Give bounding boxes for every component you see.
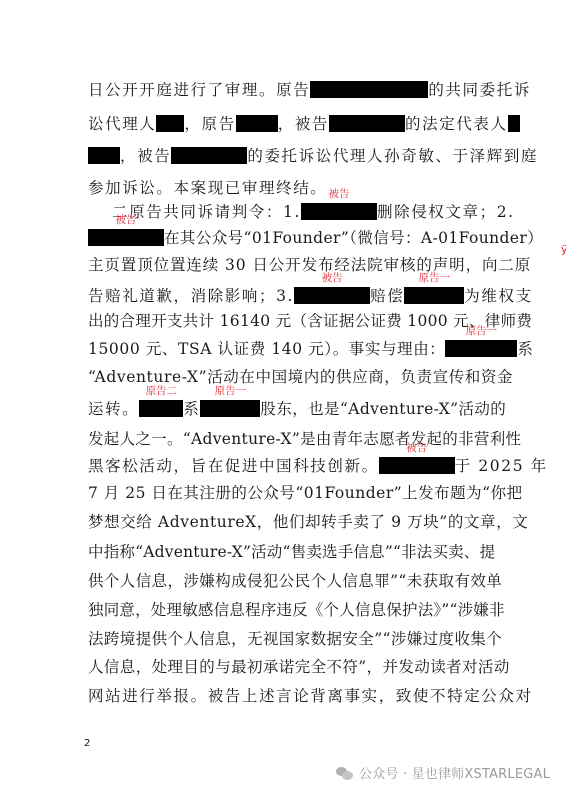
redaction-block: 原告二 [139,400,183,417]
redaction-label: 原告一 [215,385,247,397]
text-line: 供个人信息，涉嫌构成侵犯公民个人信息罪”“未获取有效单 [88,570,488,592]
text: 删除侵权文章；2. [377,203,515,221]
text-line: 梦想交给 AdventureX，他们却转手卖了 9 万块”的文章，文 [88,511,488,533]
text: 的委托诉讼代理人孙奇敏、于泽辉到庭 [247,147,538,165]
redaction-label: 原告二 [146,385,178,397]
redaction-block [310,81,428,98]
redaction-block [171,147,247,164]
text: 为维权支 [464,287,532,305]
text: 二原告共同诉请判令：1. [112,203,301,221]
redaction-block [88,147,120,164]
redaction-block: 被告 [294,287,370,304]
text-line: 参加诉讼。本案现已审理终结。 [88,177,488,199]
text-line: 出的合理开支共计 16140 元（含证据公证费 1000 元、律师费 [88,310,488,332]
redaction-block: 被告 [301,203,377,220]
text: 系 [183,400,200,418]
redaction-block [508,115,520,132]
redaction-block: 原告一 [445,340,517,357]
text-line: 发起人之一。“Adventure-X”是由青年志愿者发起的非营利性 [88,428,488,450]
text: 告赔礼道歉，消除影响；3. [88,287,294,305]
text: 运转。 [88,400,139,418]
text: 独同意，处理敏感信息程序违反《个人信息保护法》”“涉嫌非 [88,601,505,619]
text-line: 15000 元、TSA 认证费 140 元）。事实与理由：原告一系 [88,338,488,360]
page-number: 2 [84,738,90,749]
text-line: 二原告共同诉请判令：1.被告删除侵权文章；2. [112,201,512,223]
text-line: 日公开开庭进行了审理。原告的共同委托诉 [88,79,488,101]
redaction-block: 原告一 [200,400,260,417]
redaction-block: 被告 [88,229,164,246]
redaction-label: 原告一 [419,272,451,284]
text: 参加诉讼。本案现已审理终结。 [88,179,327,197]
redaction-label: 被告 [116,214,137,226]
text-line: 中指称“Adventure-X”活动“售卖选手信息”“非法买卖、提 [88,541,488,563]
redaction-label: 被告 [322,272,343,284]
text: ，被告 [278,115,329,133]
text: 梦想交给 AdventureX，他们却转手卖了 9 万块”的文章，文 [88,513,528,531]
text: 7 月 25 日在其注册的公众号“01Founder”上发布题为“你把 [88,484,523,502]
redaction-block: 原告一 [404,287,464,304]
redaction-block [329,115,405,132]
text: 供个人信息，涉嫌构成侵犯公民个人信息罪”“未获取有效单 [88,572,502,590]
text: 中指称“Adventure-X”活动“售卖选手信息”“非法买卖、提 [88,543,495,561]
text: ，原告 [184,115,235,133]
text: 的共同委托诉 [428,81,531,99]
edge-annotation-mark: ÿ [561,243,566,256]
text: 网站进行举报。被告上述言论背离事实，致使不特定公众对 [88,687,533,705]
text: 日公开开庭进行了审理。原告 [88,81,310,99]
redaction-block [156,115,184,132]
text: 于 2025 年 [455,457,548,475]
wechat-icon [336,766,354,780]
redaction-label: 原告一 [466,325,498,337]
text-line: 被告在其公众号“01Founder”（微信号：A-01Founder） [88,227,488,249]
watermark-text: 公众号 · 星也律师XSTARLEGAL [359,763,550,782]
text: 黑客松活动，旨在促进中国科技创新。 [88,457,379,475]
text: “Adventure-X”活动在中国境内的供应商，负责宣传和资金 [88,368,513,386]
document-page: 日公开开庭进行了审理。原告的共同委托诉 讼代理人，原告，被告的法定代表人 ，被告… [0,0,566,800]
text-line: 独同意，处理敏感信息程序违反《个人信息保护法》”“涉嫌非 [88,599,488,621]
text: 的法定代表人 [405,115,508,133]
watermark: 公众号 · 星也律师XSTARLEGAL [336,763,550,782]
text-line: ，被告的委托诉讼代理人孙奇敏、于泽辉到庭 [88,145,488,167]
text: 发起人之一。“Adventure-X”是由青年志愿者发起的非营利性 [88,430,521,448]
text: ，被告 [120,147,171,165]
text: 主页置顶位置连续 30 日公开发布经法院审核的声明，向二原 [88,256,531,274]
text-line: 人信息，处理目的与最初承诺完全不符”，并发动读者对活动 [88,656,488,678]
text: 在其公众号“01Founder”（微信号：A-01Founder） [164,229,543,247]
text: 15000 元、TSA 认证费 140 元）。事实与理由： [88,340,445,358]
text: 法跨境提供个人信息，无视国家数据安全”“涉嫌过度收集个 [88,630,502,648]
text-line: 法跨境提供个人信息，无视国家数据安全”“涉嫌过度收集个 [88,628,488,650]
redaction-block: 被告 [379,457,455,474]
text: 系 [517,340,534,358]
redaction-label: 被告 [329,188,350,200]
text: 赔偿 [370,287,404,305]
text: 股东，也是“Adventure-X”活动的 [260,400,506,418]
text-line: 告赔礼道歉，消除影响；3.被告赔偿原告一为维权支 [88,285,488,307]
text: 人信息，处理目的与最初承诺完全不符”，并发动读者对活动 [88,658,510,676]
text-line: 讼代理人，原告，被告的法定代表人 [88,113,488,135]
text: 讼代理人 [88,115,156,133]
text-line: 网站进行举报。被告上述言论背离事实，致使不特定公众对 [88,685,488,707]
text-line: 黑客松活动，旨在促进中国科技创新。被告于 2025 年 [88,455,488,477]
text-line: 7 月 25 日在其注册的公众号“01Founder”上发布题为“你把 [88,482,488,504]
redaction-label: 被告 [406,442,427,454]
text-line: 运转。原告二系原告一股东，也是“Adventure-X”活动的 [88,398,488,420]
redaction-block [236,115,278,132]
